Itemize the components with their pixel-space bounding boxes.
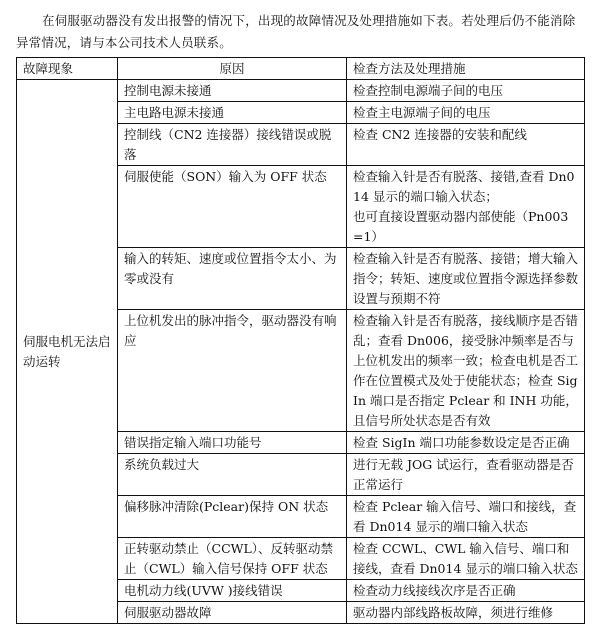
action-text-alt: 也可直接设置驱动器内部使能（Pn003=1） (353, 207, 578, 247)
header-symptom: 故障现象 (17, 58, 118, 80)
cause-cell: 主电路电源未接通 (118, 102, 347, 124)
action-cell: 检查输入针是否有脱落、接错,查看 Dn014 显示的端口输入状态； 也可直接设置… (347, 166, 585, 248)
symptom-cell: 伺服电机无法启动运转 (17, 80, 118, 599)
header-action: 检查方法及处理措施 (347, 58, 585, 80)
cause-cell: 电机动力线(UVW )接线错误 (118, 580, 347, 599)
cause-cell: 输入的转矩、速度或位置指令太小、为零或没有 (118, 248, 347, 310)
cause-cell: 系统负载过大 (118, 454, 347, 496)
action-cell: 进行无载 JOG 试运行，查看驱动器是否正常运行 (347, 454, 585, 496)
cause-cell: 偏移脉冲清除(Pclear)保持 ON 状态 (118, 496, 347, 538)
intro-paragraph: 在伺服驱动器没有发出报警的情况下，出现的故障情况及处理措施如下表。若处理后仍不能… (16, 10, 586, 54)
action-cell: 检查动力线接线次序是否正确 (347, 580, 585, 599)
table-row: 伺服电机无法启动运转 控制电源未接通 检查控制电源端子间的电压 (17, 80, 585, 102)
action-cell: 检查 Pclear 输入信号、端口和接线，查看 Dn014 显示的端口输入状态 (347, 496, 585, 538)
cause-cell: 正转驱动禁止（CCWL）、反转驱动禁止（CWL）输入信号保持 OFF 状态 (118, 538, 347, 580)
header-cause: 原因 (118, 58, 347, 80)
troubleshooting-table: 故障现象 原因 检查方法及处理措施 伺服电机无法启动运转 控制电源未接通 检查控… (16, 57, 585, 598)
action-cell: 检查控制电源端子间的电压 (347, 80, 585, 102)
action-cell: 检查输入针是否有脱落、接错；增大输入指令；转矩、速度或位置指令源选择参数设置与预… (347, 248, 585, 310)
cause-cell: 上位机发出的脉冲指令，驱动器没有响应 (118, 310, 347, 432)
cause-cell: 伺服使能（SON）输入为 OFF 状态 (118, 166, 347, 248)
action-cell: 检查 CN2 连接器的安装和配线 (347, 124, 585, 166)
cause-cell: 控制电源未接通 (118, 80, 347, 102)
cause-cell: 错误指定输入端口功能号 (118, 432, 347, 454)
action-cell: 检查主电源端子间的电压 (347, 102, 585, 124)
action-cell: 检查 SigIn 端口功能参数设定是否正确 (347, 432, 585, 454)
action-cell: 检查 CCWL、CWL 输入信号、端口和接线，查看 Dn014 显示的端口输入状… (347, 538, 585, 580)
table-header-row: 故障现象 原因 检查方法及处理措施 (17, 58, 585, 80)
cause-cell: 控制线（CN2 连接器）接线错误或脱落 (118, 124, 347, 166)
action-cell: 检查输入针是否有脱落，接线顺序是否错乱；查看 Dn006，接受脉冲频率是否与上位… (347, 310, 585, 432)
action-text: 检查输入针是否有脱落、接错,查看 Dn014 显示的端口输入状态； (353, 167, 578, 207)
